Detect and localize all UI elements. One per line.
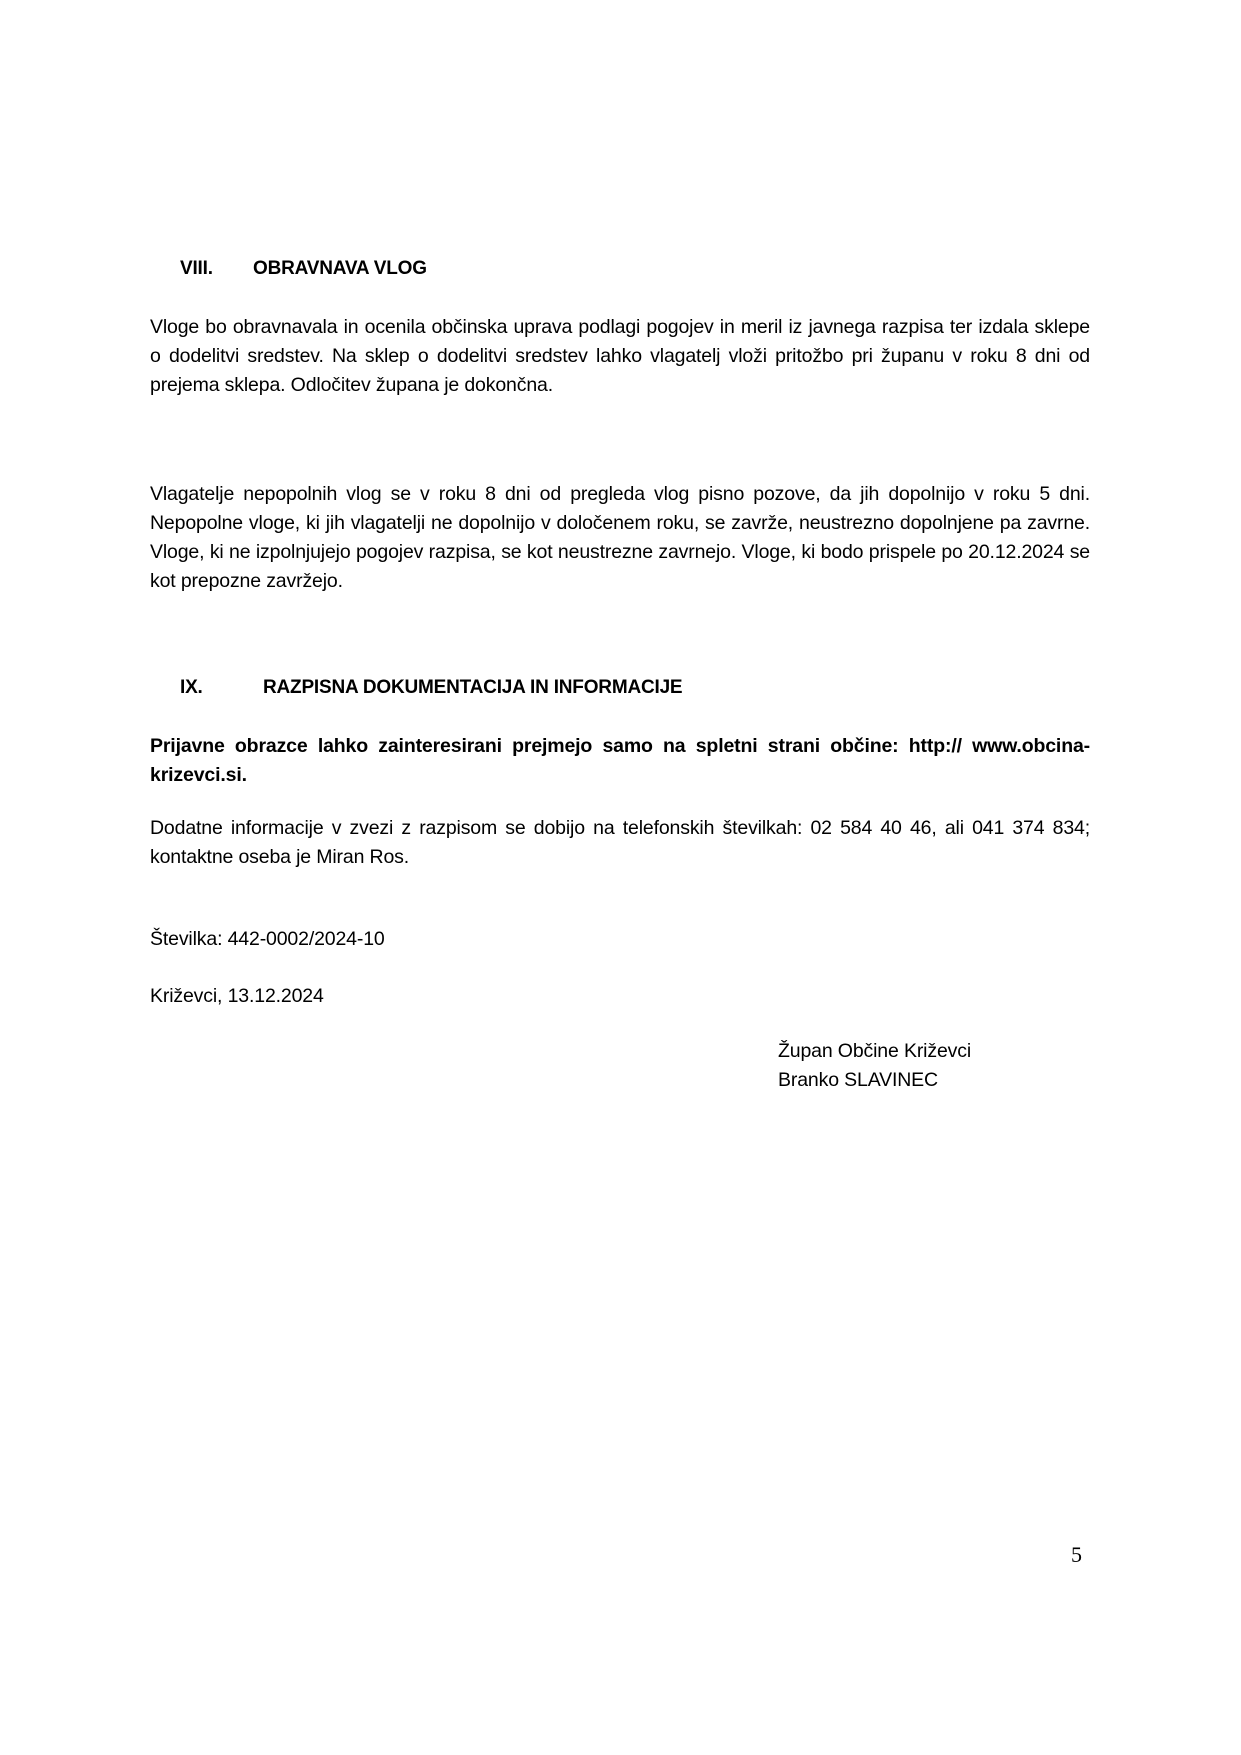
- application-forms-notice: Prijavne obrazce lahko zainteresirani pr…: [150, 732, 1090, 790]
- section-viii-number: VIII.: [180, 258, 213, 280]
- document-page: VIII. OBRAVNAVA VLOG Vloge bo obravnaval…: [0, 0, 1241, 1755]
- page-number: 5: [1071, 1542, 1082, 1568]
- section-viii-paragraph-2: Vlagatelje nepopolnih vlog se v roku 8 d…: [150, 480, 1090, 596]
- reference-number: Številka: 442-0002/2024-10: [150, 925, 385, 954]
- section-viii-title: OBRAVNAVA VLOG: [253, 258, 427, 280]
- section-ix-title: RAZPISNA DOKUMENTACIJA IN INFORMACIJE: [263, 677, 682, 699]
- signature-title: Župan Občine Križevci: [778, 1037, 971, 1066]
- contact-information: Dodatne informacije v zvezi z razpisom s…: [150, 814, 1090, 872]
- section-viii-paragraph-1: Vloge bo obravnavala in ocenila občinska…: [150, 313, 1090, 400]
- signature-name: Branko SLAVINEC: [778, 1066, 938, 1095]
- place-date: Križevci, 13.12.2024: [150, 982, 324, 1011]
- section-ix-number: IX.: [180, 677, 203, 699]
